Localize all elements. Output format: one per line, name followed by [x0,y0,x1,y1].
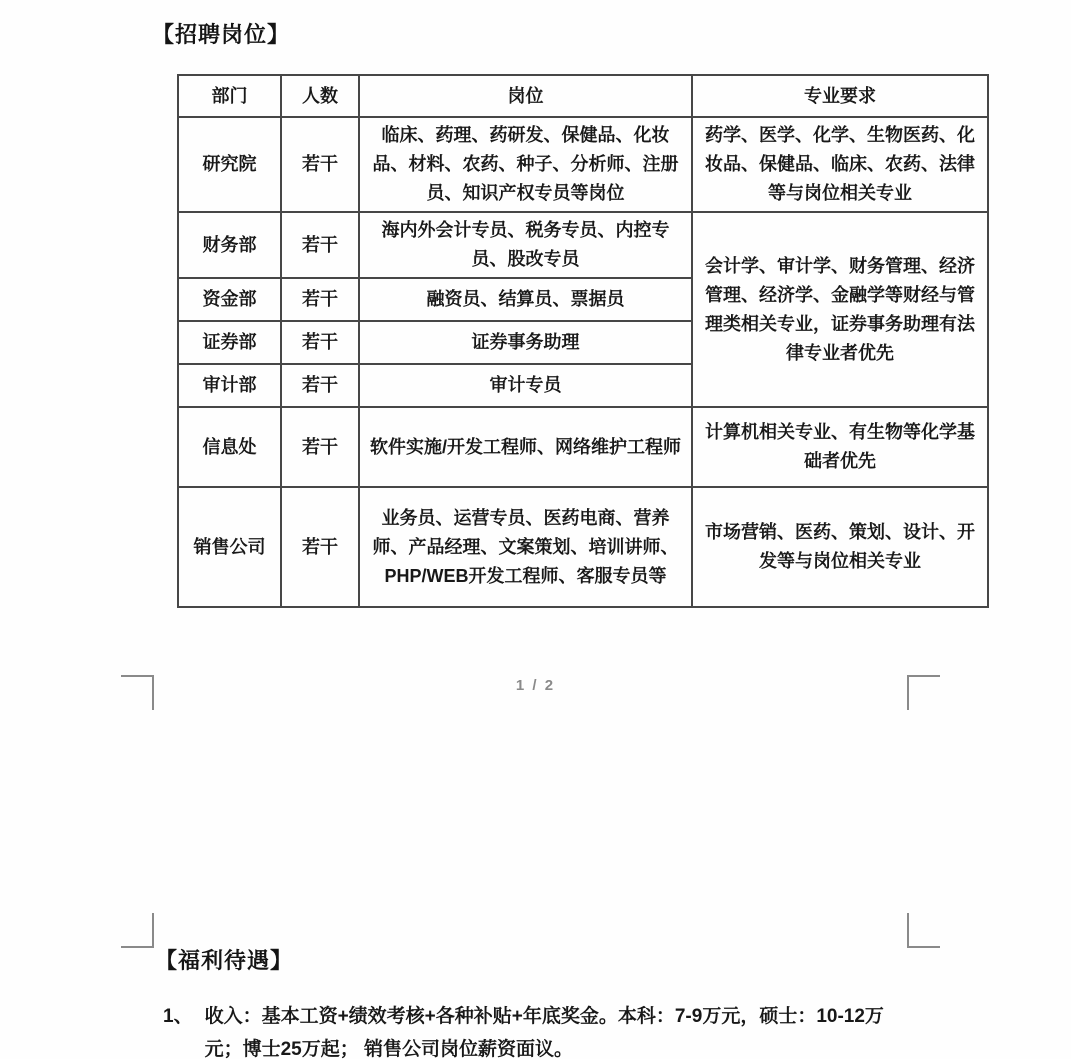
header-positions: 岗位 [359,75,692,117]
recruit-section-title: 【招聘岗位】 [152,18,290,49]
cell-positions: 临床、药理、药研发、保健品、化妆品、材料、农药、种子、分析师、注册员、知识产权专… [359,117,692,212]
cell-requirements-merged: 会计学、审计学、财务管理、经济管理、经济学、金融学等财经与管理类相关专业，证券事… [692,212,988,407]
page-corner-mark-top-left [121,913,154,948]
page-corner-mark-top-right [907,913,940,948]
cell-positions: 业务员、运营专员、医药电商、营养师、产品经理、文案策划、培训讲师、PHP/WEB… [359,487,692,607]
cell-headcount: 若干 [281,117,359,212]
cell-headcount: 若干 [281,278,359,321]
cell-headcount: 若干 [281,364,359,407]
header-headcount: 人数 [281,75,359,117]
cell-dept: 信息处 [178,407,281,487]
cell-positions: 审计专员 [359,364,692,407]
cell-dept: 审计部 [178,364,281,407]
benefit-list-item: 1、 收入：基本工资+绩效考核+各种补贴+年底奖金。本科：7-9万元，硕士：10… [163,1000,917,1059]
cell-dept: 资金部 [178,278,281,321]
cell-headcount: 若干 [281,321,359,364]
cell-dept: 研究院 [178,117,281,212]
benefit-item-text: 收入：基本工资+绩效考核+各种补贴+年底奖金。本科：7-9万元，硕士：10-12… [205,1000,917,1059]
table-header-row: 部门 人数 岗位 专业要求 [178,75,988,117]
cell-requirements: 市场营销、医药、策划、设计、开发等与岗位相关专业 [692,487,988,607]
header-dept: 部门 [178,75,281,117]
cell-dept: 证券部 [178,321,281,364]
cell-requirements: 药学、医学、化学、生物医药、化妆品、保健品、临床、农药、法律等与岗位相关专业 [692,117,988,212]
benefits-section-title: 【福利待遇】 [155,944,293,975]
header-requirements: 专业要求 [692,75,988,117]
table-row: 销售公司 若干 业务员、运营专员、医药电商、营养师、产品经理、文案策划、培训讲师… [178,487,988,607]
cell-headcount: 若干 [281,407,359,487]
cell-dept: 财务部 [178,212,281,278]
page-indicator: 1 / 2 [0,677,1071,694]
cell-positions: 软件实施/开发工程师、网络维护工程师 [359,407,692,487]
document-page: 【招聘岗位】 部门 人数 岗位 专业要求 研究院 若干 临床、药理、药研发、保健… [0,0,1071,1059]
table-row: 信息处 若干 软件实施/开发工程师、网络维护工程师 计算机相关专业、有生物等化学… [178,407,988,487]
cell-positions: 海内外会计专员、税务专员、内控专员、股改专员 [359,212,692,278]
benefit-item-number: 1、 [163,1000,193,1033]
cell-requirements: 计算机相关专业、有生物等化学基础者优先 [692,407,988,487]
cell-positions: 证券事务助理 [359,321,692,364]
cell-headcount: 若干 [281,212,359,278]
recruit-table: 部门 人数 岗位 专业要求 研究院 若干 临床、药理、药研发、保健品、化妆品、材… [177,74,989,608]
cell-dept: 销售公司 [178,487,281,607]
table-row: 财务部 若干 海内外会计专员、税务专员、内控专员、股改专员 会计学、审计学、财务… [178,212,988,278]
cell-positions: 融资员、结算员、票据员 [359,278,692,321]
table-row: 研究院 若干 临床、药理、药研发、保健品、化妆品、材料、农药、种子、分析师、注册… [178,117,988,212]
cell-headcount: 若干 [281,487,359,607]
